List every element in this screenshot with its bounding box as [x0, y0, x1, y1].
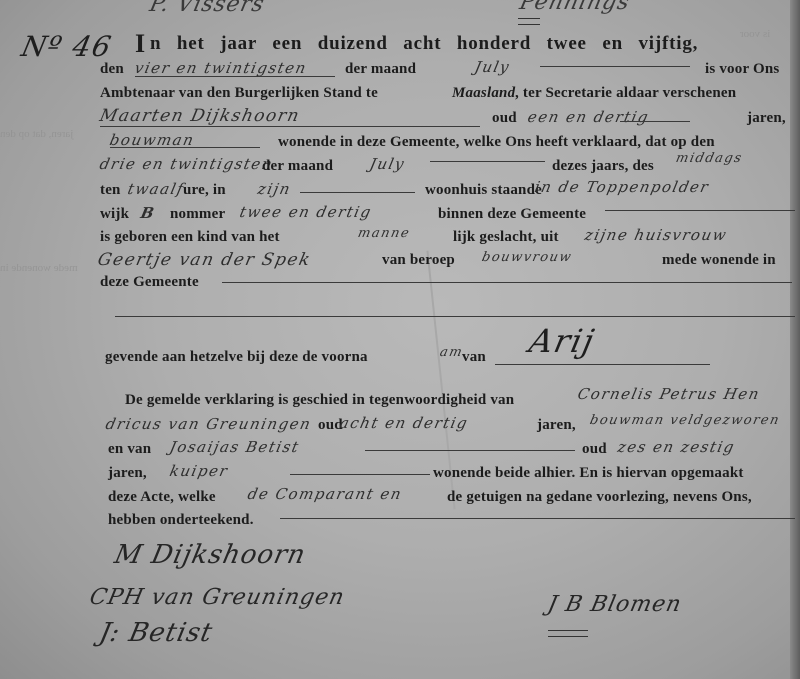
printed-text: woonhuis staande	[425, 182, 542, 199]
fill-rule	[135, 76, 335, 77]
printed-text: ure, in	[183, 182, 226, 199]
bleed-through-text: jaren, dat op den	[0, 128, 73, 140]
fill-rule	[430, 161, 545, 162]
printed-text: dezes jaars, des	[552, 158, 654, 175]
fill-rule	[222, 282, 792, 283]
printed-text: jaren,	[537, 417, 576, 434]
printed-text: wonende in deze Gemeente, welke Ons heef…	[278, 134, 715, 151]
handwritten-witness-1-occupation: bouwman veldgezworen	[588, 413, 781, 428]
handwritten-mother-name: Geertje van der Spek	[96, 250, 313, 270]
handwritten-suffix: am	[438, 345, 464, 360]
scanned-document: jaren, dat op den mede wonende in is voo…	[0, 0, 800, 679]
handwritten-month: July	[473, 58, 512, 76]
header-scribble-left: P. Vissers	[147, 0, 267, 17]
handwritten-birth-day: drie en twintigsten	[98, 155, 275, 173]
printed-text: mede wonende in	[662, 252, 776, 269]
page-edge-shadow	[790, 0, 800, 679]
handwritten-hour: twaalf	[126, 180, 186, 198]
printed-text: deze Acte, welke	[108, 489, 216, 506]
fill-rule	[300, 192, 415, 193]
signature-witness-2: J: Betist	[97, 618, 216, 648]
printed-text: en van	[108, 441, 151, 458]
printed-text: ten	[100, 182, 121, 199]
handwritten-witness-2-occupation: kuiper	[168, 462, 230, 480]
handwritten-mother-occupation: bouwvrouw	[480, 250, 573, 265]
handwritten-day: vier en twintigsten	[133, 59, 309, 77]
printed-text: den	[100, 61, 124, 78]
printed-text: lijk geslacht, uit	[453, 229, 559, 246]
printed-text: binnen deze Gemeente	[438, 206, 586, 223]
fill-rule	[280, 518, 795, 519]
printed-text: deze Gemeente	[100, 274, 199, 291]
fill-rule	[115, 316, 795, 317]
printed-text: is voor Ons	[705, 61, 779, 78]
bleed-through-text: mede wonende in	[0, 262, 78, 274]
printed-text: oud	[492, 110, 517, 127]
printed-text: der maand	[262, 158, 333, 175]
printed-text: jaren,	[108, 465, 147, 482]
printed-opening: n het jaar een duizend acht honderd twee…	[150, 33, 698, 55]
printed-text: gevende aan hetzelve bij deze de voorna	[105, 349, 368, 366]
handwritten-witness-2-name: Josaijas Betist	[168, 438, 301, 456]
handwritten-wife: zijne huisvrouw	[583, 226, 729, 244]
handwritten-witness-1-surname: dricus van Greuningen	[104, 415, 313, 433]
handwritten-house-number: twee en dertig	[238, 203, 374, 221]
printed-text: Ambtenaar van den Burgerlijken Stand te	[100, 85, 378, 102]
handwritten-child-name: Arij	[526, 322, 599, 360]
printed-text: is geboren een kind van het	[100, 229, 280, 246]
signature-witness-1: CPH van Greuningen	[87, 585, 347, 610]
printed-text: De gemelde verklaring is geschied in teg…	[125, 392, 514, 409]
handwritten-sex: manne	[356, 226, 411, 241]
handwritten-witness-1-age: acht en dertig	[338, 414, 470, 432]
fill-rule	[110, 147, 260, 148]
printed-text: wijk	[100, 206, 129, 223]
handwritten-ward: B	[139, 204, 157, 222]
handwritten-witness-2-age: zes en zestig	[616, 438, 737, 456]
fill-rule	[495, 364, 710, 365]
double-underline-mark	[548, 630, 588, 637]
fill-rule	[540, 66, 690, 67]
signature-registrar: J B Blomen	[545, 592, 684, 617]
handwritten-time-of-day: middags	[674, 151, 744, 166]
bleed-through-text: is voor	[740, 28, 770, 40]
fill-rule	[365, 450, 575, 451]
place-name: Maasland	[452, 85, 515, 102]
fill-rule	[100, 126, 480, 127]
double-underline-mark	[518, 18, 540, 25]
handwritten-birth-month: July	[368, 155, 407, 173]
printed-text: , ter Secretarie aldaar verschenen	[515, 85, 736, 102]
printed-text: der maand	[345, 61, 416, 78]
printed-text: van beroep	[382, 252, 455, 269]
header-scribble-right: Pennings	[517, 0, 632, 15]
initial-capital: I	[135, 29, 145, 59]
printed-text: jaren,	[747, 110, 786, 127]
handwritten-parties: de Comparant en	[246, 485, 404, 503]
printed-text: nommer	[170, 206, 225, 223]
signature-father: M Dijkshoorn	[112, 540, 309, 570]
printed-text: de getuigen na gedane voorlezing, nevens…	[447, 489, 752, 506]
fill-rule	[290, 474, 430, 475]
fill-rule	[605, 210, 795, 211]
handwritten-possessive: zijn	[256, 180, 293, 198]
handwritten-location: in de Toppenpolder	[533, 178, 711, 196]
printed-text: oud	[582, 441, 607, 458]
handwritten-declarant-name: Maarten Dijkshoorn	[98, 106, 302, 126]
printed-text: van	[462, 349, 486, 366]
printed-text: hebben onderteekend.	[108, 512, 254, 529]
handwritten-age: een en dertig	[526, 108, 651, 126]
fill-rule	[620, 121, 690, 122]
record-number: Nº 46	[18, 30, 115, 63]
handwritten-witness-1-name: Cornelis Petrus Hen	[576, 385, 762, 403]
printed-text: wonende beide alhier. En is hiervan opge…	[433, 465, 744, 482]
